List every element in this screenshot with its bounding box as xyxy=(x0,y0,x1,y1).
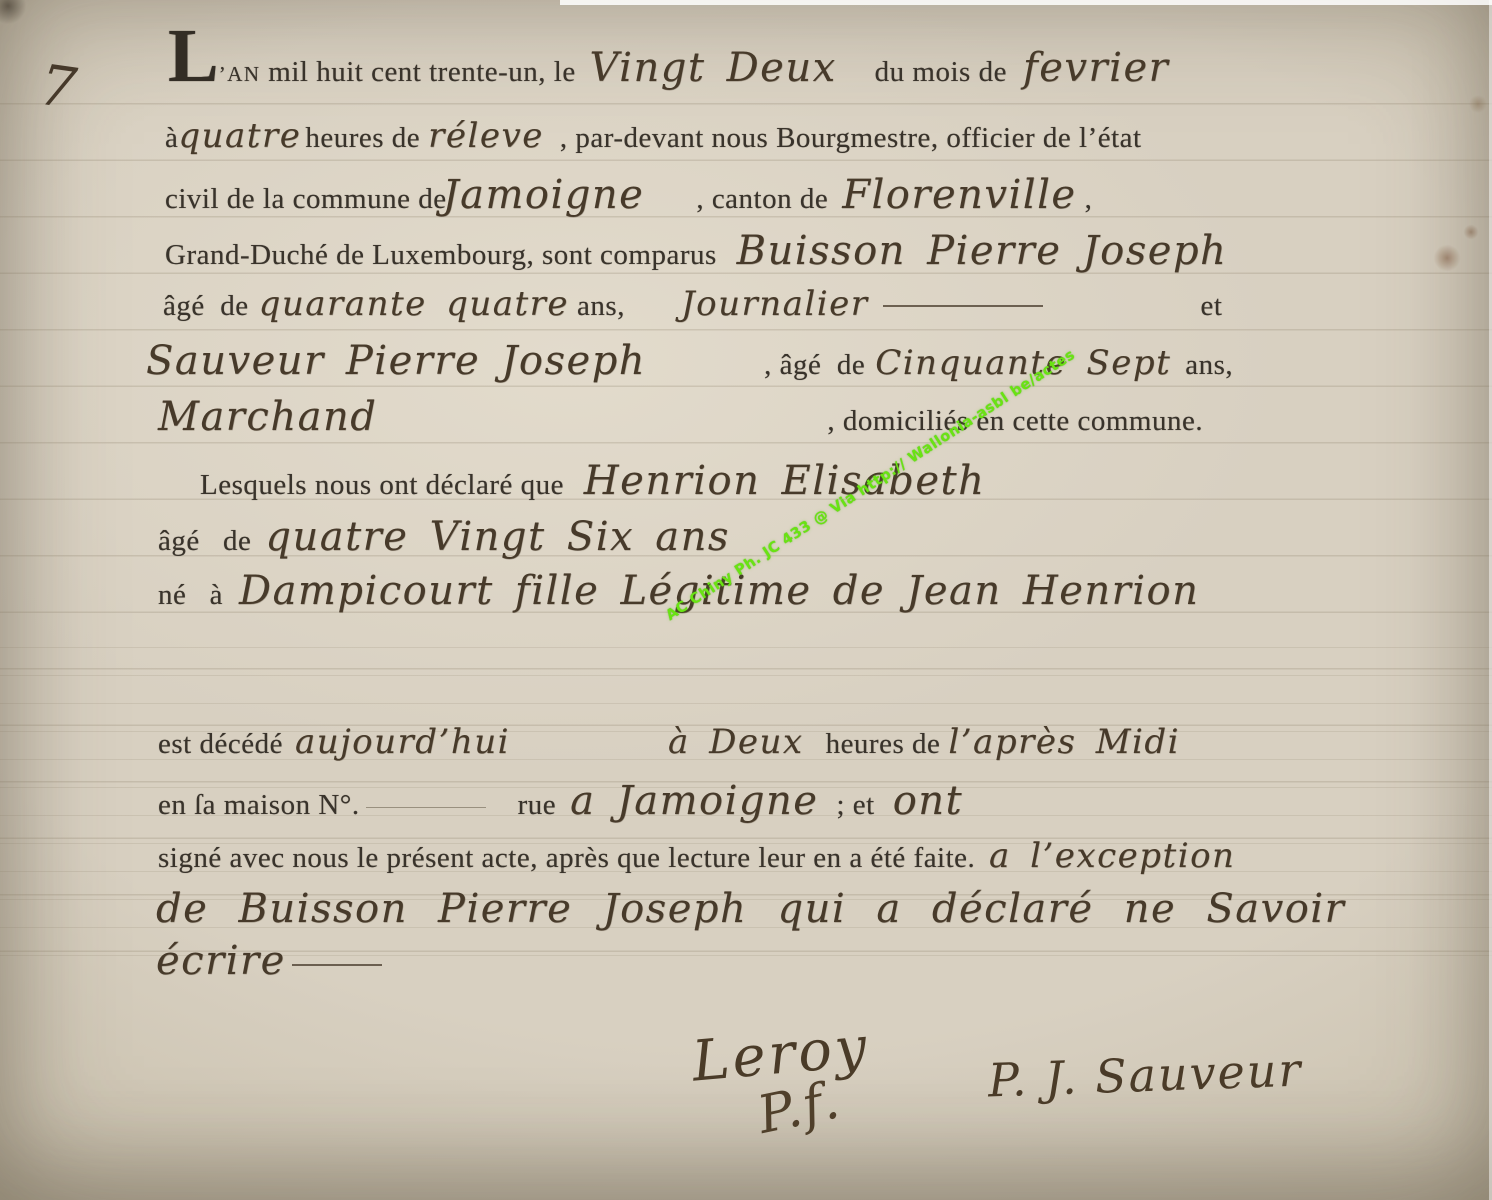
printed-text: à xyxy=(165,122,178,155)
handwritten-day: Vingt Deux xyxy=(589,45,836,91)
act-margin-number: 7 xyxy=(36,53,80,122)
handwritten-birthplace-filiation: Dampicourt fille Légitime de Jean Henrio… xyxy=(239,568,1199,614)
printed-text: civil de la commune de xyxy=(165,183,447,216)
act-line-7: Marchand , domiciliés en cette commune. xyxy=(158,394,1203,440)
printed-text: ans, xyxy=(577,290,625,323)
handwritten-ont: ont xyxy=(893,778,963,824)
scan-edge xyxy=(560,0,1492,5)
printed-text: , canton de xyxy=(696,183,828,216)
act-line-14: de Buisson Pierre Joseph qui a déclaré n… xyxy=(156,886,1345,932)
printed-text: en ſa maison N°. xyxy=(158,789,360,822)
act-line-9: âgé de quatre Vingt Six ans xyxy=(158,514,730,560)
printed-text: rue xyxy=(518,789,557,822)
printed-text: , par-devant nous Bourgmestre, officier … xyxy=(560,122,1142,155)
act-line-3: civil de la commune de Jamoigne , canton… xyxy=(165,172,1092,218)
printed-text: Grand-Duché de Luxembourg, sont comparus xyxy=(165,239,725,272)
handwritten-relevee: réleve xyxy=(428,116,544,156)
handwritten-ecrire: écrire xyxy=(156,938,286,984)
handwritten-profession-2: Marchand xyxy=(158,394,377,440)
filler-dash xyxy=(883,305,1043,307)
printed-text: ans, xyxy=(1185,349,1233,382)
handwritten-death-period: l’après Midi xyxy=(948,722,1180,762)
handwritten-declarant-1: Buisson Pierre Joseph xyxy=(737,228,1228,274)
printed-text: heures de xyxy=(305,122,420,155)
handwritten-commune: Jamoigne xyxy=(443,172,645,218)
handwritten-profession-1: Journalier xyxy=(681,284,869,324)
handwritten-canton: Florenville xyxy=(842,172,1076,218)
printed-text: , domiciliés en cette commune. xyxy=(827,405,1203,438)
handwritten-exception-detail: de Buisson Pierre Joseph qui a déclaré n… xyxy=(156,886,1345,932)
handwritten-age-1: quarante quatre xyxy=(259,284,569,324)
act-line-5: âgé de quarante quatre ans, Journalier e… xyxy=(163,284,1222,324)
act-line-15: écrire xyxy=(156,938,382,984)
act-line-11: est décédé aujourd’hui à Deux heures de … xyxy=(158,722,1180,762)
printed-text: et xyxy=(1201,290,1223,323)
handwritten-death-day: aujourd’hui xyxy=(295,722,510,762)
handwritten-death-hour: à Deux xyxy=(668,722,804,762)
pen-tail-stroke xyxy=(292,964,382,966)
blank-form-line xyxy=(366,807,486,808)
printed-text: ; et xyxy=(836,789,874,822)
act-line-8: Lesquels nous ont déclaré que Henrion El… xyxy=(200,458,985,504)
printed-text: signé avec nous le présent acte, après q… xyxy=(158,842,983,875)
act-line-10: né à Dampicourt fille Légitime de Jean H… xyxy=(158,568,1199,614)
printed-text: du mois de xyxy=(875,56,1007,89)
handwritten-hour: quatre xyxy=(178,116,301,156)
printed-text: , âgé de xyxy=(764,349,865,382)
act-line-13: signé avec nous le présent acte, après q… xyxy=(158,836,1235,876)
printed-text: est décédé xyxy=(158,728,283,761)
printed-text: âgé de xyxy=(158,525,251,558)
signature-sauveur: P. J. Sauveur xyxy=(987,1043,1303,1108)
printed-text: , xyxy=(1085,183,1093,216)
handwritten-deceased-name: Henrion Elisabeth xyxy=(584,458,986,504)
dropcap-L: L xyxy=(168,28,219,85)
handwritten-deceased-age: quatre Vingt Six ans xyxy=(265,514,730,560)
printed-text: mil huit cent trente-un, le xyxy=(261,56,584,89)
document-page: 7 L’AN mil huit cent trente-un, le Vingt… xyxy=(0,0,1492,1200)
printed-text: Lesquels nous ont déclaré que xyxy=(200,469,572,502)
act-line-1: L’AN mil huit cent trente-un, le Vingt D… xyxy=(168,28,1169,91)
act-line-2: à quatre heures de réleve , par-devant n… xyxy=(165,116,1142,156)
printed-text: heures de xyxy=(826,728,941,761)
act-line-12: en ſa maison N°. rue a Jamoigne ; et ont xyxy=(158,778,963,824)
handwritten-death-place: a Jamoigne xyxy=(570,778,818,824)
handwritten-declarant-2: Sauveur Pierre Joseph xyxy=(146,338,646,384)
printed-text: né à xyxy=(158,579,223,612)
printed-text: âgé de xyxy=(163,290,249,323)
act-line-4: Grand-Duché de Luxembourg, sont comparus… xyxy=(165,228,1227,274)
handwritten-exception: a l’exception xyxy=(989,836,1235,876)
handwritten-month: fevrier xyxy=(1023,45,1169,91)
act-line-6: Sauveur Pierre Joseph , âgé de Cinquante… xyxy=(146,338,1233,384)
handwritten-age-2: Cinquante Sept xyxy=(875,343,1171,383)
printed-text: ’AN xyxy=(219,62,261,87)
